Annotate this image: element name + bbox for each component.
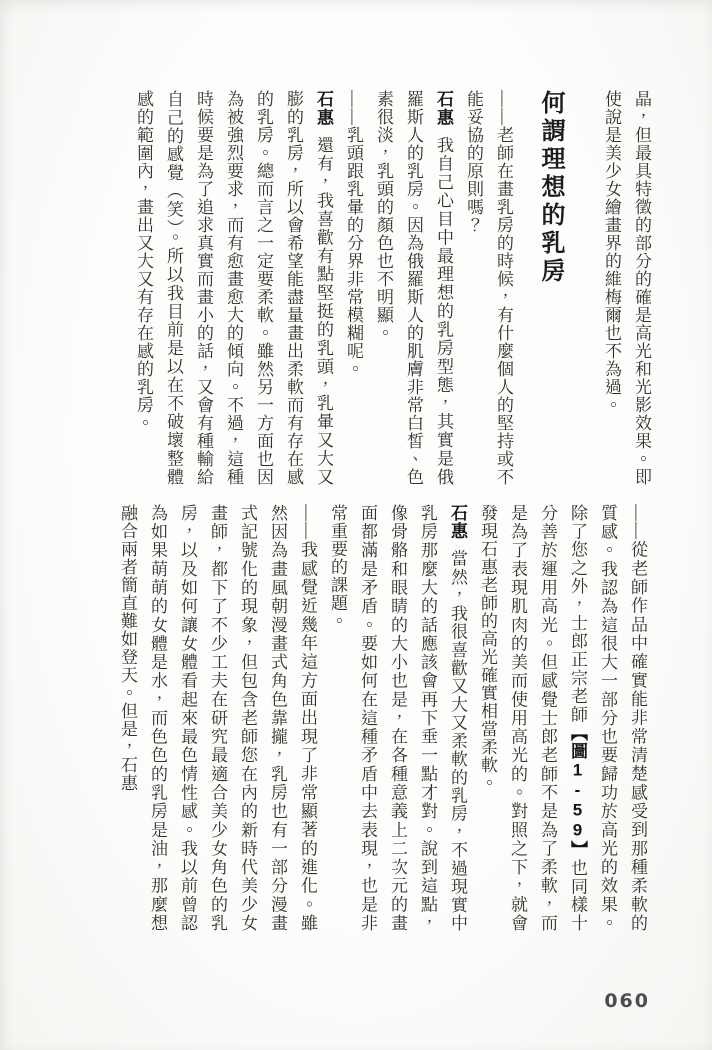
interviewer-question-3: ——從老師作品中確實能非常清楚感受到那種柔軟的質感。我認為這很大一部分也要歸功於… xyxy=(472,504,652,932)
figure-reference: 【圖1-59】 xyxy=(568,724,587,859)
answer-text: 還有，我喜歡有點堅挺的乳頭，乳暈又大又膨的乳房，所以會希望能盡量畫出柔軟而有存在… xyxy=(134,90,333,486)
lower-text-block: ——從老師作品中確實能非常清楚感受到那種柔軟的質感。我認為這很大一部分也要歸功於… xyxy=(112,504,652,932)
answer-text: 我自己心目中最理想的乳房型態，其實是俄羅斯人的乳房。因為俄羅斯人的肌膚非常白皙、… xyxy=(374,90,453,486)
interviewer-question-2: ——乳頭跟乳暈的分界非常模糊呢。 xyxy=(338,90,368,486)
interviewer-question-4: ——我感覺近幾年這方面出現了非常顯著的進化。雖然因為畫風朝漫畫式角色靠攏，乳房也… xyxy=(112,504,322,932)
speaker-name: 石惠 xyxy=(448,504,467,540)
continuation-paragraph: 晶，但最具特徵的部分的確是高光和光影效果。即使說是美少女繪畫界的維梅爾也不為過。 xyxy=(596,90,656,486)
page-number: 060 xyxy=(604,990,650,1012)
speaker-name: 石惠 xyxy=(314,90,333,127)
speaker-answer-2: 石惠還有，我喜歡有點堅挺的乳頭，乳暈又大又膨的乳房，所以會希望能盡量畫出柔軟而有… xyxy=(128,90,338,486)
section-heading: 何謂理想的乳房 xyxy=(530,90,570,486)
speaker-answer-3: 石惠當然，我很喜歡又大又柔軟的乳房，不過現實中乳房那麼大的話應該會再下垂一點才對… xyxy=(322,504,472,932)
question-text: ——乳頭跟乳暈的分界非常模糊呢。 xyxy=(344,90,363,378)
book-page: 晶，但最具特徵的部分的確是高光和光影效果。即使說是美少女繪畫界的維梅爾也不為過。… xyxy=(0,0,712,1050)
question-text: ——我感覺近幾年這方面出現了非常顯著的進化。雖然因為畫風朝漫畫式角色靠攏，乳房也… xyxy=(118,504,317,932)
upper-text-block: 晶，但最具特徵的部分的確是高光和光影效果。即使說是美少女繪畫界的維梅爾也不為過。… xyxy=(128,90,656,486)
speaker-answer-1: 石惠我自己心目中最理想的乳房型態，其實是俄羅斯人的乳房。因為俄羅斯人的肌膚非常白… xyxy=(368,90,458,486)
interviewer-question-1: ——老師在畫乳房的時候，有什麼個人的堅持或不能妥協的原則嗎？ xyxy=(458,90,518,486)
continuation-text: 晶，但最具特徵的部分的確是高光和光影效果。即使說是美少女繪畫界的維梅爾也不為過。 xyxy=(602,90,651,486)
speaker-name: 石惠 xyxy=(434,90,453,127)
question-text: ——老師在畫乳房的時候，有什麼個人的堅持或不能妥協的原則嗎？ xyxy=(464,90,513,486)
answer-text: 當然，我很喜歡又大又柔軟的乳房，不過現實中乳房那麼大的話應該會再下垂一點才對。說… xyxy=(328,504,467,932)
